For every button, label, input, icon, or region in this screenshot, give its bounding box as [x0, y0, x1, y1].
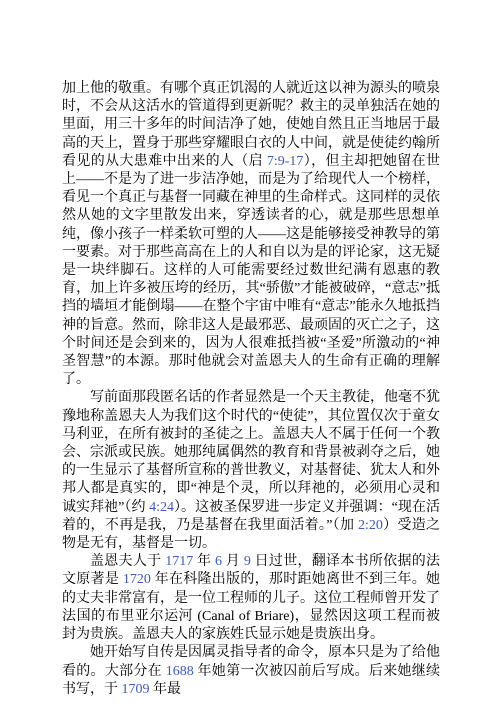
number-reference: 6	[215, 554, 222, 569]
paragraph: 加上他的敬重。有哪个真正饥渴的人就近这以神为源头的喷泉时，不会从这活水的管道得到…	[62, 80, 440, 389]
number-reference: 1709	[122, 682, 150, 697]
number-reference: 1720	[123, 572, 151, 587]
paragraph: 写前面那段匿名话的作者显然是一个天主教徒，他毫不犹豫地称盖恩夫人为我们这个时代的…	[62, 389, 440, 553]
number-reference: 2:20	[358, 518, 383, 533]
number-reference: 1688	[166, 664, 194, 679]
paragraph: 盖恩夫人于 1717 年 6 月 9 日过世，翻译本书所依据的法文原著是 172…	[62, 553, 440, 644]
document-page: 加上他的敬重。有哪个真正饥渴的人就近这以神为源头的喷泉时，不会从这活水的管道得到…	[0, 0, 501, 711]
number-reference: 4:24	[149, 500, 174, 515]
number-reference: 9	[244, 554, 251, 569]
document-body: 加上他的敬重。有哪个真正饥渴的人就近这以神为源头的喷泉时，不会从这活水的管道得到…	[62, 80, 440, 699]
number-reference: 1717	[165, 554, 193, 569]
number-reference: 7:9-17	[267, 154, 304, 169]
paragraph: 她开始写自传是因属灵指导者的命令，原本只是为了给他看的。大部分在 1688 年她…	[62, 644, 440, 699]
